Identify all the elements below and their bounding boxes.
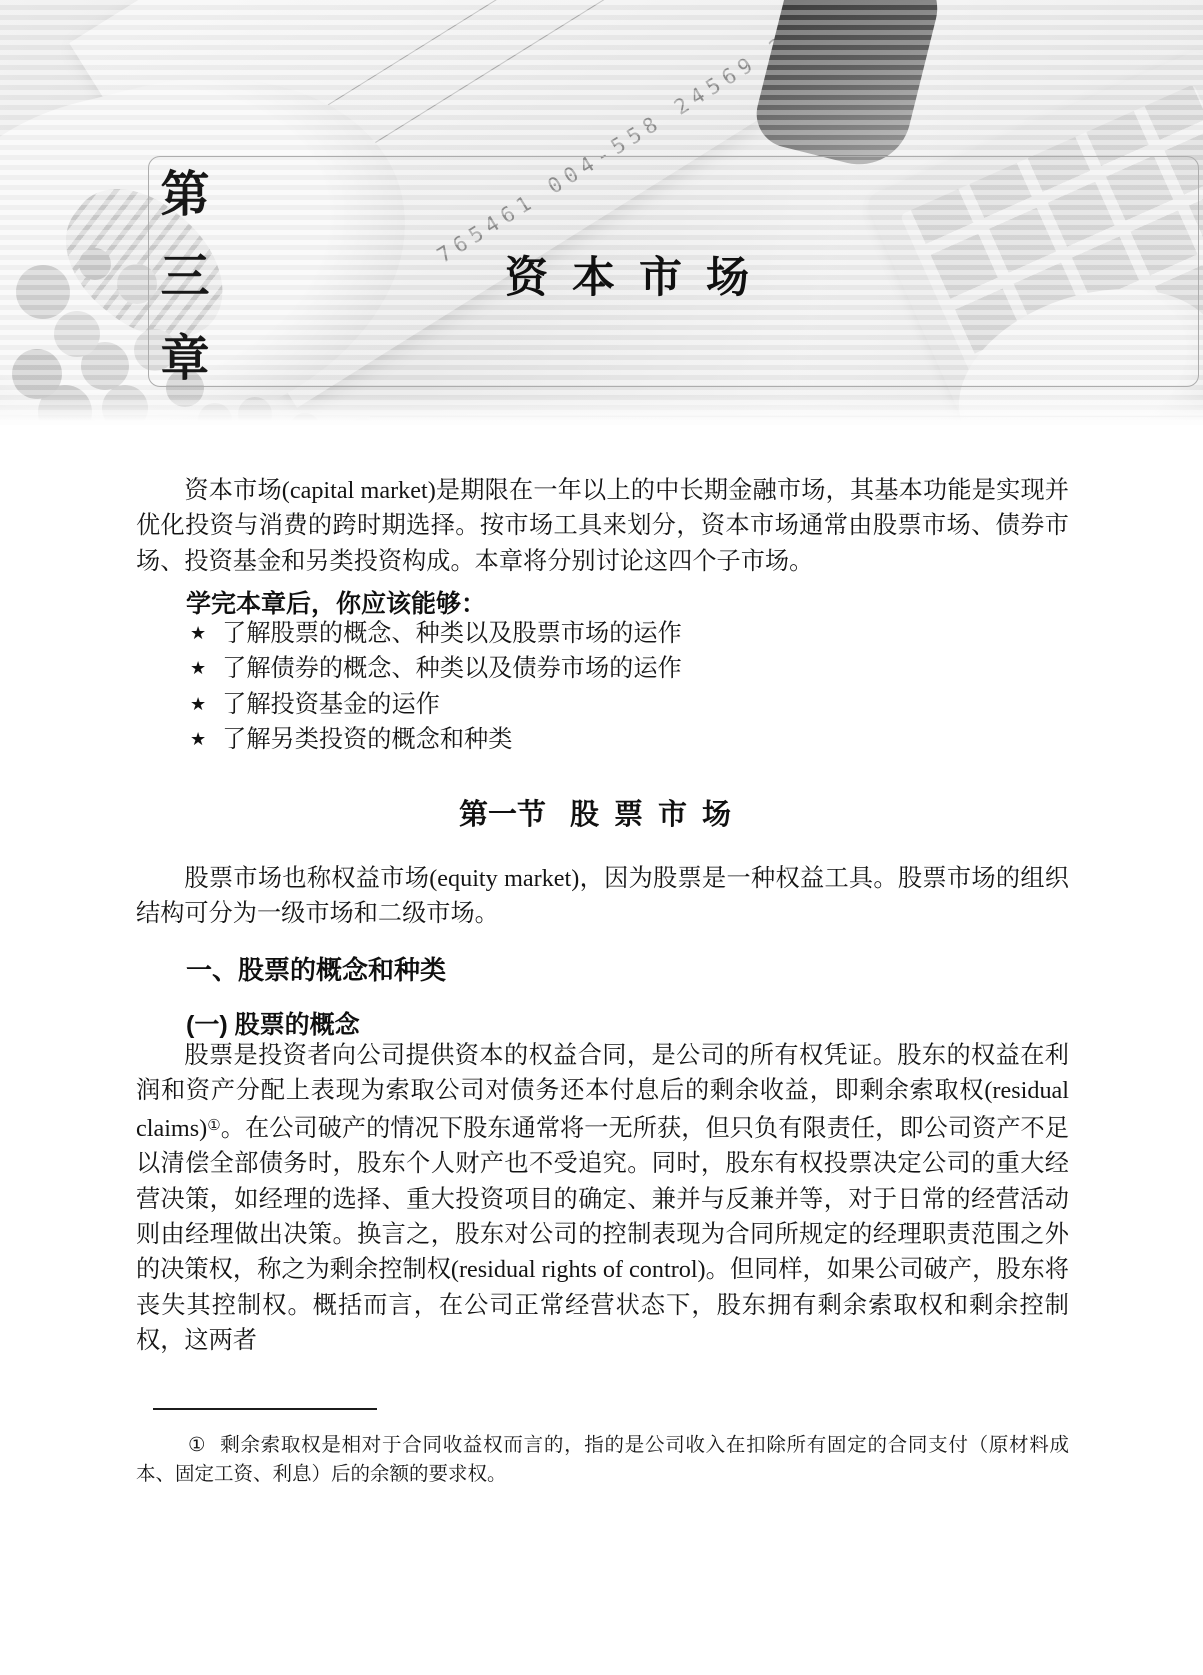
star-bullet-icon: ★	[190, 616, 206, 651]
star-bullet-icon: ★	[190, 722, 206, 757]
section-number: 第一节	[459, 799, 546, 831]
footnote-separator	[153, 1408, 377, 1410]
paragraph-text: 。在公司破产的情况下股东通常将一无所获，但只负有限责任，即公司资产不足以清偿全部…	[136, 1115, 1069, 1354]
subsection-heading: 一、股票的概念和种类	[186, 950, 446, 987]
section-title: 股票市场	[570, 799, 746, 831]
objectives-list: ★ 了解股票的概念、种类以及股票市场的运作 ★ 了解债券的概念、种类以及债券市场…	[190, 616, 1090, 758]
footnote-text: 剩余索取权是相对于合同收益权而言的，指的是公司收入在扣除所有固定的合同支付（原材…	[136, 1435, 1069, 1485]
chapter-banner: Pay HK Dollars 765461 004-558 24569 2	[0, 0, 1203, 425]
footnote-ref: ①	[207, 1118, 221, 1134]
star-bullet-icon: ★	[190, 651, 206, 686]
objective-item: ★ 了解另类投资的概念和种类	[190, 722, 1090, 757]
star-bullet-icon: ★	[190, 687, 206, 722]
book-page: Pay HK Dollars 765461 004-558 24569 2	[0, 0, 1203, 1675]
section-intro-paragraph: 股票市场也称权益市场(equity market)，因为股票是一种权益工具。股票…	[136, 861, 1069, 932]
footnote: ①剩余索取权是相对于合同收益权而言的，指的是公司收入在扣除所有固定的合同支付（原…	[136, 1431, 1069, 1489]
section-heading: 第一节股票市场	[136, 792, 1069, 833]
intro-paragraph: 资本市场(capital market)是期限在一年以上的中长期金融市场，其基本…	[136, 473, 1069, 579]
objective-text: 了解另类投资的概念和种类	[222, 722, 512, 757]
objective-item: ★ 了解股票的概念、种类以及股票市场的运作	[190, 616, 1090, 651]
objectives-lead: 学完本章后，你应该能够：	[186, 584, 486, 620]
chapter-number: 第三章	[157, 168, 206, 414]
stock-concept-paragraph: 股票是投资者向公司提供资本的权益合同，是公司的所有权凭证。股东的权益在利润和资产…	[136, 1038, 1069, 1359]
footnote-marker: ①	[188, 1435, 206, 1456]
objective-item: ★ 了解债券的概念、种类以及债券市场的运作	[190, 651, 1090, 686]
subsubsection-heading: (一) 股票的概念	[186, 1005, 360, 1041]
chapter-title: 资本市场	[505, 244, 773, 305]
objective-item: ★ 了解投资基金的运作	[190, 687, 1090, 722]
objective-text: 了解股票的概念、种类以及股票市场的运作	[222, 616, 682, 651]
objective-text: 了解投资基金的运作	[222, 687, 440, 722]
banner-fade	[0, 395, 1203, 425]
objective-text: 了解债券的概念、种类以及债券市场的运作	[222, 651, 682, 686]
